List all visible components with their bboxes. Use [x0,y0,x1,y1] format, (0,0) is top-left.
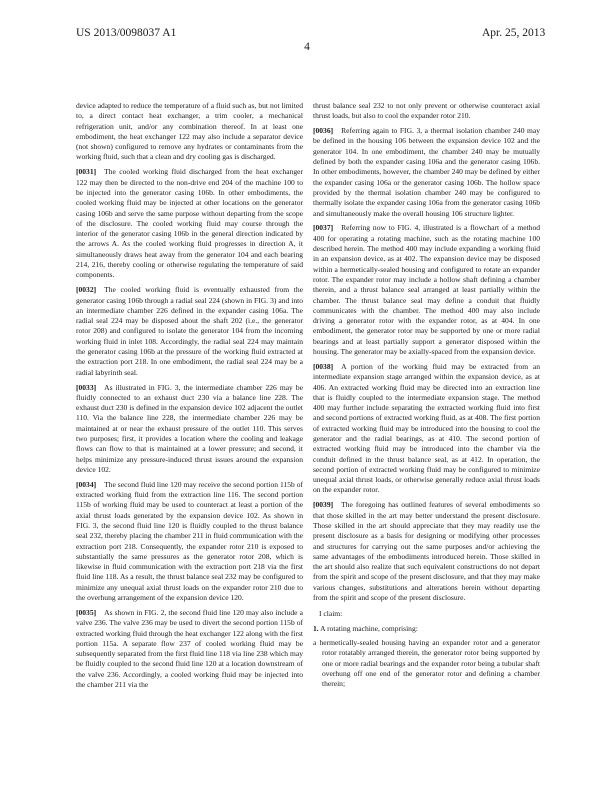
paragraph-0032: [0032]The cooled working fluid is eventu… [76,285,303,378]
paragraph-text: As illustrated in FIG. 3, the intermedia… [76,383,303,474]
paragraph-text: A portion of the working fluid may be ex… [313,362,540,495]
paragraph-text: The foregoing has outlined features of s… [313,500,540,602]
claim-preamble: A rotating machine, comprising: [320,624,418,633]
paragraph-continuation: device adapted to reduce the temperature… [76,101,303,163]
paragraph-number: [0037] [313,223,333,232]
paragraph-0033: [0033]As illustrated in FIG. 3, the inte… [76,383,303,476]
paragraph-number: [0036] [313,126,333,135]
paragraph-0034: [0034]The second fluid line 120 may rece… [76,480,303,604]
paragraph-0035: [0035]As shown in FIG. 2, the second flu… [76,608,303,690]
publication-number: US 2013/0098037 A1 [76,27,176,39]
left-column: device adapted to reduce the temperature… [76,101,303,695]
paragraph-text: As shown in FIG. 2, the second fluid lin… [76,608,303,689]
right-column: thrust balance seal 232 to not only prev… [313,101,540,689]
claim-number: 1. [313,624,319,633]
paragraph-0036: [0036]Referring again to FIG. 3, a therm… [313,126,540,219]
paragraph-continuation: thrust balance seal 232 to not only prev… [313,101,540,122]
paragraph-text: The second fluid line 120 may receive th… [76,480,303,602]
publication-date: Apr. 25, 2013 [482,27,545,39]
paragraph-text: The cooled working fluid is eventually e… [76,285,303,376]
page-number: 4 [0,41,614,53]
paragraph-0038: [0038]A portion of the working fluid may… [313,362,540,496]
paragraph-text: The cooled working fluid discharged from… [76,167,303,279]
paragraph-number: [0033] [76,383,96,392]
paragraph-number: [0038] [313,362,333,371]
paragraph-text: Referring again to FIG. 3, a thermal iso… [313,126,540,217]
paragraph-text: thrust balance seal 232 to not only prev… [313,101,540,120]
paragraph-text: device adapted to reduce the temperature… [76,101,303,161]
claims-intro: I claim: [319,609,540,619]
paragraph-0031: [0031]The cooled working fluid discharge… [76,167,303,280]
paragraph-0037: [0037]Referring now to FIG. 4, illustrat… [313,223,540,357]
paragraph-number: [0031] [76,167,96,176]
paragraph-0039: [0039]The foregoing has outlined feature… [313,500,540,603]
paragraph-text: Referring now to FIG. 4, illustrated is … [313,223,540,356]
claims-section: I claim: 1. A rotating machine, comprisi… [313,609,540,689]
paragraph-number: [0032] [76,285,96,294]
paragraph-number: [0035] [76,608,96,617]
claim-1-element-a: a hermetically-sealed housing having an … [313,638,540,689]
paragraph-number: [0034] [76,480,96,489]
paragraph-number: [0039] [313,500,333,509]
claim-1-heading: 1. A rotating machine, comprising: [313,624,540,634]
